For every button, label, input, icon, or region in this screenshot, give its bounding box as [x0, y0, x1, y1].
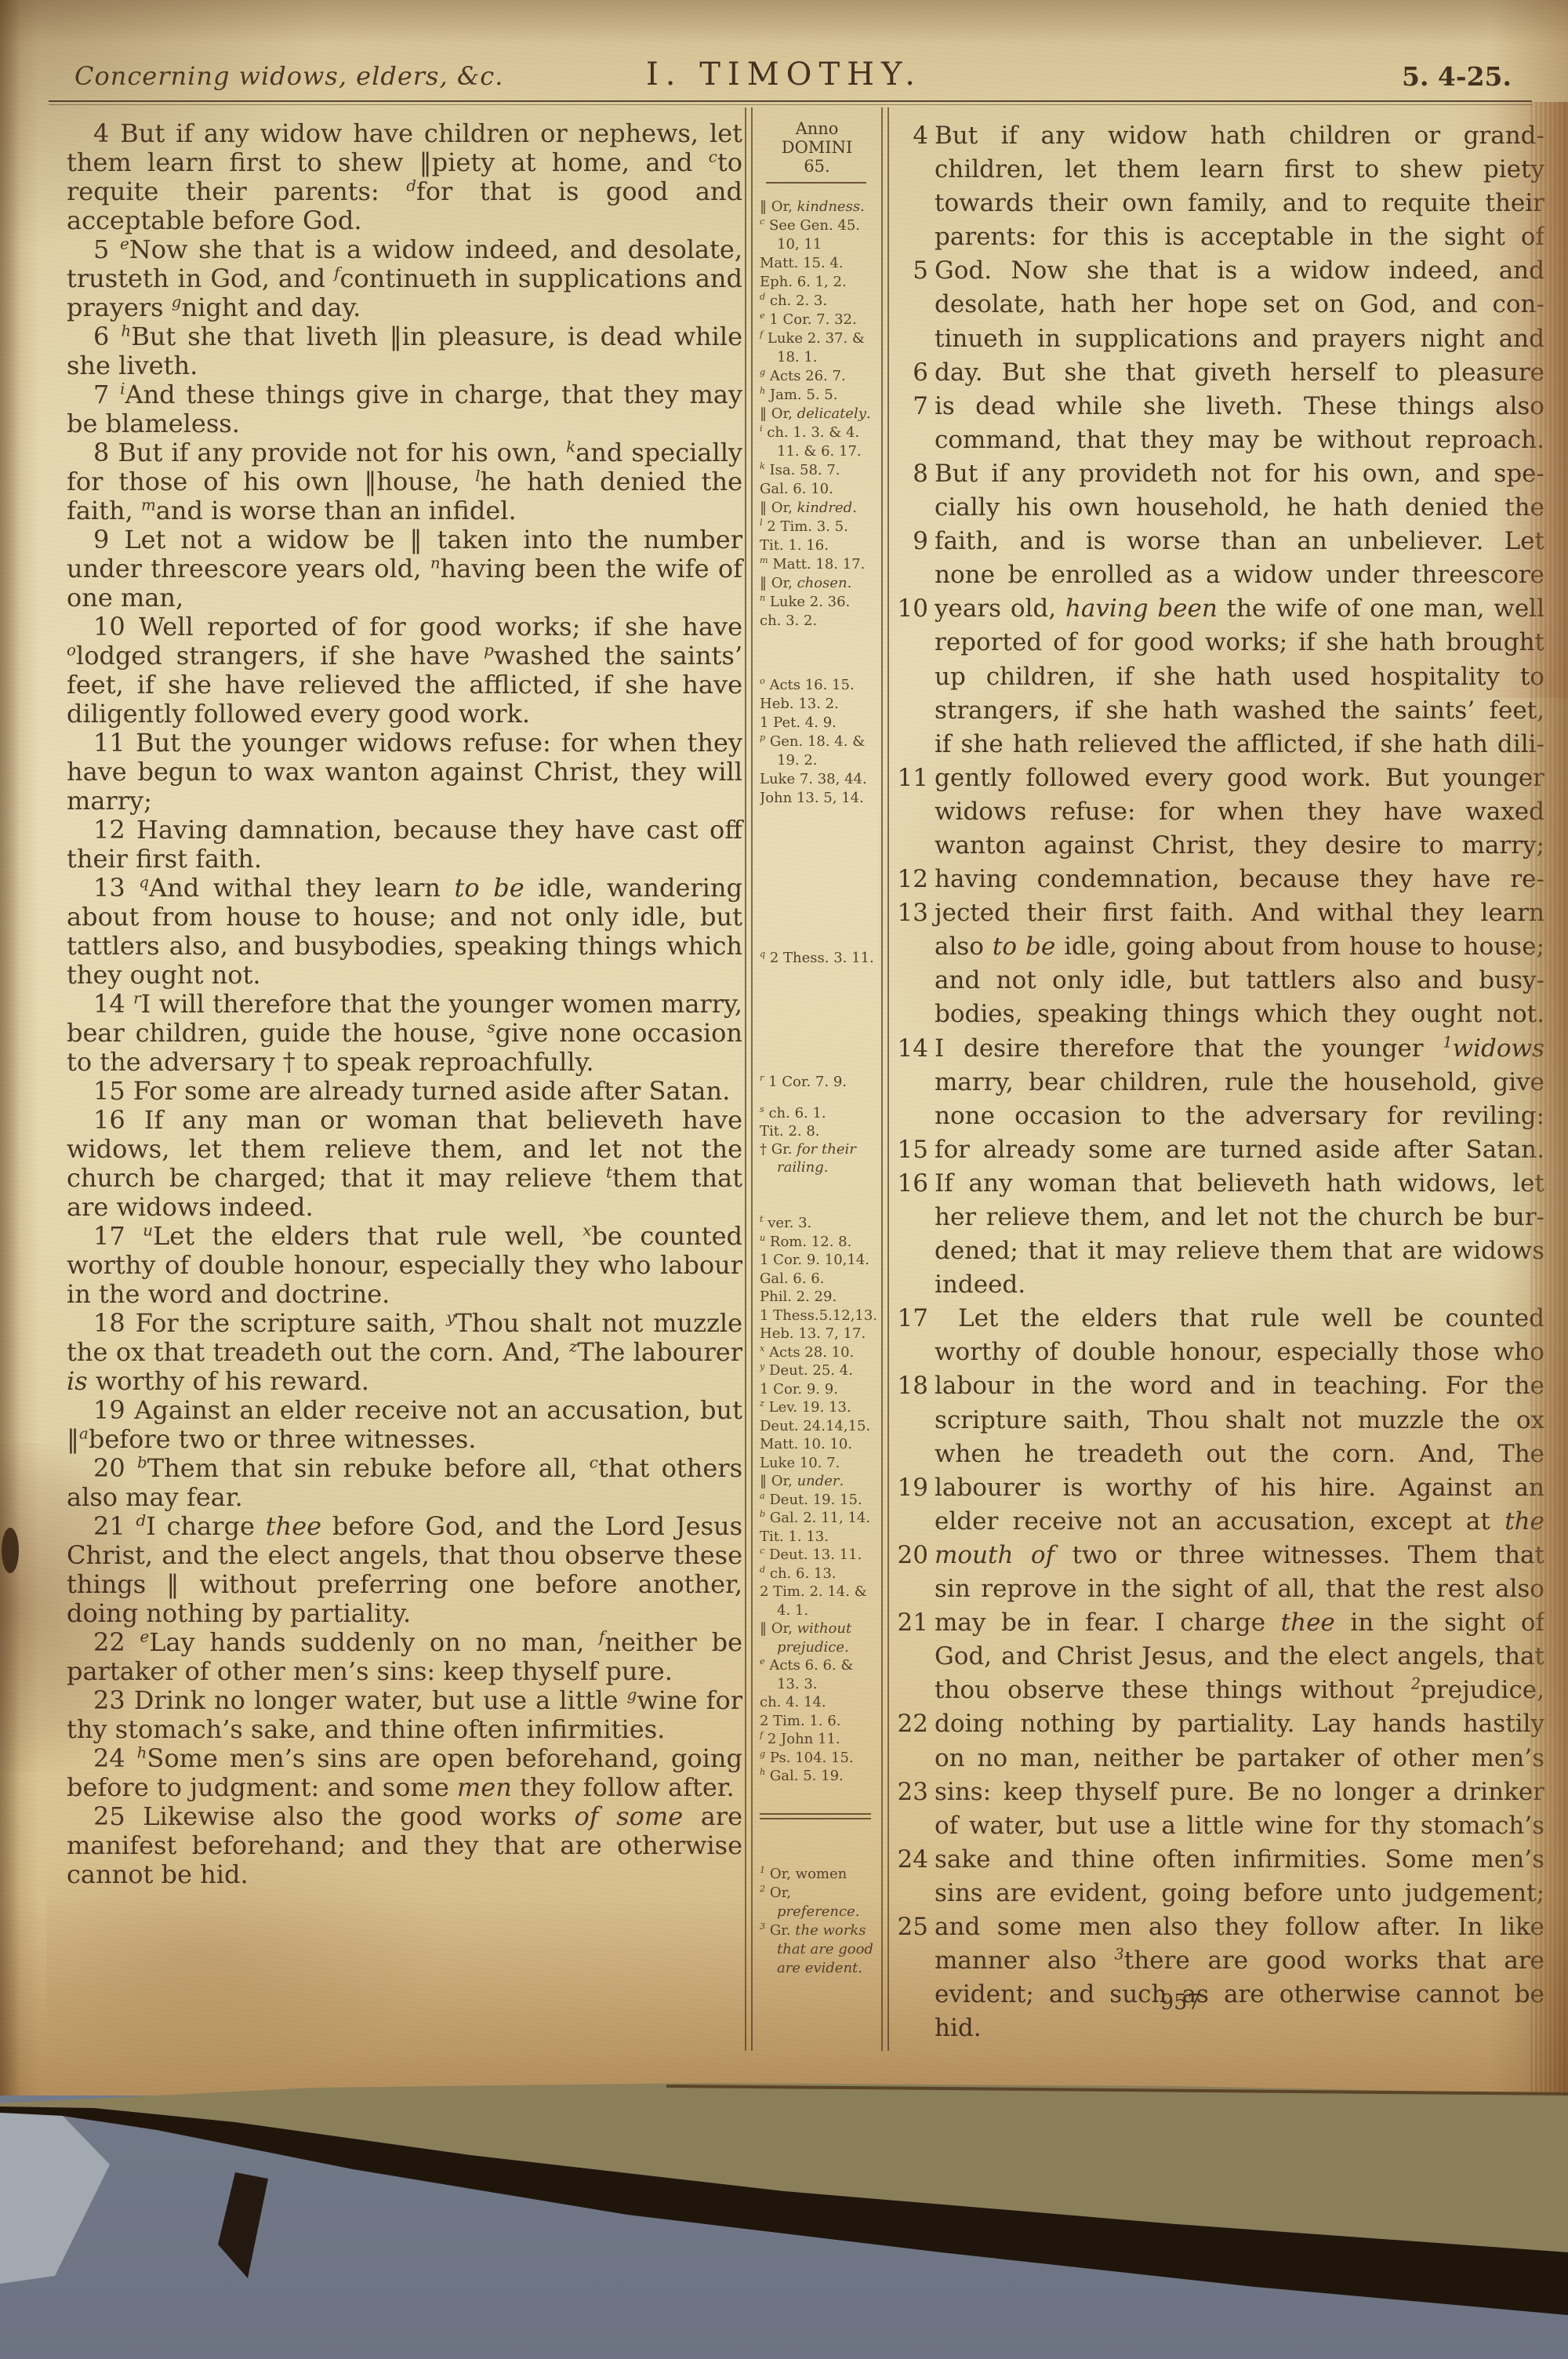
margin-note-line: ch. 4. 14. — [760, 1693, 876, 1712]
rv-line-text: labourer is worthy of his hire. Against … — [935, 1471, 1544, 1505]
page-edge-left — [0, 0, 20, 2095]
verse-number — [895, 558, 935, 592]
rv-line-text: evident; and such as are otherwise canno… — [935, 1978, 1544, 2012]
verse-number — [895, 964, 935, 998]
anno-rule — [766, 182, 866, 184]
kjv-verse: 15 For some are already turned aside aft… — [67, 1077, 742, 1106]
verse-number — [895, 1234, 935, 1268]
rv-line-text: none be enrolled as a widow under threes… — [935, 558, 1544, 592]
verse-number: 10 — [93, 612, 125, 642]
verse-number: 9 — [93, 525, 109, 554]
margin-note-line: Luke 10. 7. — [760, 1454, 876, 1473]
rv-line-text: none occasion to the adversary for revil… — [935, 1100, 1544, 1133]
verse-number: 9 — [895, 525, 935, 558]
rv-line: 21may be in fear. I charge thee in the s… — [895, 1606, 1544, 1640]
margin-note-line: e 1 Cor. 7. 32. — [760, 311, 876, 329]
verse-number: 21 — [93, 1511, 125, 1541]
margin-note-line: 2 Tim. 1. 6. — [760, 1712, 876, 1731]
book-page: Concerning widows, elders, &c. I. TIMOTH… — [0, 0, 1568, 2095]
margin-note-line: n Luke 2. 36. — [760, 593, 876, 612]
rv-line-text: But if any provideth not for his own, an… — [935, 457, 1544, 491]
margin-note-line: 1 Cor. 9. 10,14. — [760, 1251, 876, 1270]
rv-line-text: wanton against Christ, they desire to ma… — [935, 829, 1544, 863]
verse-number — [895, 1438, 935, 1471]
margin-note-group: r 1 Cor. 7. 9. — [760, 1073, 876, 1092]
rv-line-text: parents: for this is acceptable in the s… — [935, 220, 1544, 254]
margin-note-line: k Isa. 58. 7. — [760, 461, 876, 480]
rv-line-text: for already some are turned aside after … — [935, 1133, 1544, 1167]
rv-line: bodies, speaking things which they ought… — [895, 998, 1544, 1031]
rv-line: 10years old, having been the wife of one… — [895, 592, 1544, 626]
rv-line: command, that they may be without reproa… — [895, 423, 1544, 457]
kjv-verse: 20 bThem that sin rebuke before all, cth… — [67, 1454, 742, 1512]
rv-line: none be enrolled as a widow under threes… — [895, 558, 1544, 592]
margin-note-line: 11. & 6. 17. — [760, 442, 876, 461]
rv-line: marry, bear children, rule the household… — [895, 1066, 1544, 1100]
rv-line: 5God. Now she that is a widow indeed, an… — [895, 254, 1544, 288]
margin-note-line: ‖ Or, delicately. — [760, 405, 876, 423]
rv-line: 17Let the elders that rule well be count… — [895, 1302, 1544, 1336]
kjv-verse: 23 Drink no longer water, but use a litt… — [67, 1686, 742, 1744]
rv-line: of water, but use a little wine for thy … — [895, 1809, 1544, 1843]
rv-line-text: gently followed every good work. But you… — [935, 761, 1544, 795]
margin-note-line: 1 Or, women — [760, 1865, 876, 1884]
anno-line: Anno — [755, 119, 879, 138]
margin-note-line: Tit. 2. 8. — [760, 1122, 876, 1140]
margin-note-group: q 2 Thess. 3. 11. — [760, 949, 876, 968]
margin-note-line: i ch. 1. 3. & 4. — [760, 423, 876, 442]
margin-note-line: that are good — [760, 1940, 876, 1959]
verse-number: 16 — [93, 1105, 125, 1135]
verse-number — [895, 1877, 935, 1910]
verse-number: 23 — [895, 1776, 935, 1809]
verse-number — [895, 187, 935, 220]
margin-note-line: 1 Thess.5.12,13. — [760, 1307, 876, 1325]
rv-line-text: years old, having been the wife of one m… — [935, 592, 1544, 626]
margin-note-line: John 13. 5, 14. — [760, 789, 876, 808]
verse-number — [895, 1201, 935, 1234]
verse-number — [895, 728, 935, 761]
rv-line-text: If any woman that believeth hath widows,… — [935, 1167, 1544, 1201]
rv-line-text: worthy of double honour, especially thos… — [935, 1336, 1544, 1369]
rv-line-text: cially his own household, he hath denied… — [935, 491, 1544, 525]
rv-line-text: Let the elders that rule well be counted — [935, 1302, 1544, 1336]
kjv-verse: 6 hBut she that liveth ‖in pleasure, is … — [67, 322, 742, 380]
rv-line: 24sake and thine often infirmities. Some… — [895, 1843, 1544, 1877]
verse-number: 14 — [895, 1032, 935, 1066]
margin-note-group: s ch. 6. 1.Tit. 2. 8.† Gr. for theirrail… — [760, 1104, 876, 1176]
rv-line: strangers, if she hath washed the saints… — [895, 694, 1544, 728]
rv-line: worthy of double honour, especially thos… — [895, 1336, 1544, 1369]
margin-note-line: g Ps. 104. 15. — [760, 1749, 876, 1768]
table-left-wedge — [0, 2113, 110, 2284]
verse-number — [895, 930, 935, 964]
column-rule-right-inner — [881, 107, 883, 2051]
margin-note-line: Deut. 24.14,15. — [760, 1417, 876, 1436]
rv-line-text: is dead while she liveth. These things a… — [935, 390, 1544, 423]
margin-note-line: d ch. 2. 3. — [760, 292, 876, 311]
rv-line-text: on no man, neither be partaker of other … — [935, 1742, 1544, 1776]
verse-number: 19 — [93, 1395, 125, 1425]
verse-number: 22 — [93, 1627, 125, 1657]
margin-note-line: Tit. 1. 13. — [760, 1528, 876, 1547]
margin-note-line: r 1 Cor. 7. 9. — [760, 1073, 876, 1092]
margin-note-line: Heb. 13. 7, 17. — [760, 1325, 876, 1343]
margin-note-line: m Matt. 18. 17. — [760, 555, 876, 574]
verse-number: 18 — [93, 1308, 125, 1338]
margin-note-line: g Acts 26. 7. — [760, 367, 876, 386]
margin-note-line: x Acts 28. 10. — [760, 1343, 876, 1362]
margin-note-line: 13. 3. — [760, 1675, 876, 1694]
rv-line: widows refuse: for when they have waxed — [895, 795, 1544, 829]
margin-note-line: Gal. 6. 10. — [760, 480, 876, 499]
kjv-verse: 18 For the scripture saith, yThou shalt … — [67, 1309, 742, 1396]
rv-line: 14I desire therefore that the younger 1w… — [895, 1032, 1544, 1066]
margin-note-line: c See Gen. 45. — [760, 216, 876, 235]
margin-note-line: c Deut. 13. 11. — [760, 1546, 876, 1565]
rv-line: 8But if any provideth not for his own, a… — [895, 457, 1544, 491]
verse-number: 7 — [895, 390, 935, 423]
margin-note-line: preference. — [760, 1903, 876, 1921]
verse-number — [895, 153, 935, 187]
rv-line-text: strangers, if she hath washed the saints… — [935, 694, 1544, 728]
rv-line-text: when he treadeth out the corn. And, The — [935, 1438, 1544, 1471]
kjv-verse: 7 iAnd these things give in charge, that… — [67, 380, 742, 438]
rv-line-text: bodies, speaking things which they ought… — [935, 998, 1544, 1031]
kjv-verse: 5 eNow she that is a widow indeed, and d… — [67, 235, 742, 322]
verse-number — [895, 1944, 935, 1978]
margin-note-line: prejudice. — [760, 1638, 876, 1657]
rv-line: wanton against Christ, they desire to ma… — [895, 829, 1544, 863]
verse-number — [895, 423, 935, 457]
verse-number — [895, 1674, 935, 1707]
margin-note-line: l 2 Tim. 3. 5. — [760, 518, 876, 536]
margin-note-line: 19. 2. — [760, 751, 876, 770]
verse-number — [895, 1809, 935, 1843]
verse-number: 25 — [895, 1910, 935, 1944]
verse-number: 18 — [895, 1369, 935, 1403]
margin-note-line: † Gr. for their — [760, 1140, 876, 1158]
kjv-verse: 4 But if any widow have children or neph… — [67, 119, 742, 235]
margin-note-line: 4. 1. — [760, 1601, 876, 1620]
margin-note-line: y Deut. 25. 4. — [760, 1361, 876, 1380]
verse-number: 12 — [895, 863, 935, 896]
kjv-verse: 16 If any man or woman that believeth ha… — [67, 1106, 742, 1222]
verse-number: 20 — [93, 1453, 125, 1483]
verse-number: 24 — [895, 1843, 935, 1877]
rv-line-text: children, let them learn first to shew p… — [935, 153, 1544, 187]
margin-note-line: ‖ Or, under. — [760, 1472, 876, 1491]
kjv-verse: 8 But if any provide not for his own, ka… — [67, 438, 742, 525]
rv-line: 18labour in the word and in teaching. Fo… — [895, 1369, 1544, 1403]
rv-line: 23sins: keep thyself pure. Be no longer … — [895, 1776, 1544, 1809]
rv-line-text: also to be idle, going about from house … — [935, 930, 1544, 964]
rv-line-text: labour in the word and in teaching. For … — [935, 1369, 1544, 1403]
verse-number: 4 — [895, 119, 935, 153]
rv-line: also to be idle, going about from house … — [895, 930, 1544, 964]
rv-line-text: sins are evident, going before unto judg… — [935, 1877, 1544, 1910]
rv-line-text: may be in fear. I charge thee in the sig… — [935, 1606, 1544, 1640]
verse-number — [895, 1742, 935, 1776]
margin-note-line: f Luke 2. 37. & — [760, 329, 876, 348]
rv-line: none occasion to the adversary for revil… — [895, 1100, 1544, 1133]
margin-note-line: 3 Gr. the works — [760, 1921, 876, 1940]
kjv-column: 4 But if any widow have children or neph… — [67, 119, 742, 1889]
anno-domini-heading: Anno DOMINI 65. — [755, 119, 879, 176]
margin-note-line: u Rom. 12. 8. — [760, 1233, 876, 1252]
rv-line: scripture saith, Thou shalt not muzzle t… — [895, 1404, 1544, 1438]
verse-number: 8 — [93, 438, 109, 467]
rv-line: evident; and such as are otherwise canno… — [895, 1978, 1544, 2012]
rv-line: God, and Christ Jesus, and the elect ang… — [895, 1640, 1544, 1674]
verse-number: 11 — [895, 761, 935, 795]
rv-line: if she hath relieved the afflicted, if s… — [895, 728, 1544, 761]
rv-line-text: scripture saith, Thou shalt not muzzle t… — [935, 1404, 1544, 1438]
kjv-verse: 19 Against an elder receive not an accus… — [67, 1396, 742, 1454]
verse-number — [895, 660, 935, 694]
verse-number — [895, 1066, 935, 1100]
rv-line-text: having condemnation, because they have r… — [935, 863, 1544, 896]
column-rule-right-outer — [887, 107, 889, 2051]
verse-number — [895, 694, 935, 728]
margin-note-line: s ch. 6. 1. — [760, 1104, 876, 1122]
verse-number: 6 — [895, 356, 935, 390]
verse-number: 13 — [93, 873, 125, 903]
rv-line: 9faith, and is worse than an unbeliever.… — [895, 525, 1544, 558]
verse-number: 11 — [93, 728, 125, 758]
kjv-verse: 10 Well reported of for good works; if s… — [67, 612, 742, 729]
margin-note-line: z Lev. 19. 13. — [760, 1398, 876, 1417]
margin-note-line: o Acts 16. 15. — [760, 676, 876, 695]
rv-line: her relieve them, and let not the church… — [895, 1201, 1544, 1234]
rv-line: sins are evident, going before unto judg… — [895, 1877, 1544, 1910]
rv-line-text: towards their own family, and to requite… — [935, 187, 1544, 220]
rv-line: when he treadeth out the corn. And, The — [895, 1438, 1544, 1471]
rv-line: 22doing nothing by partiality. Lay hands… — [895, 1707, 1544, 1741]
verse-number: 7 — [93, 380, 109, 409]
verse-number: 15 — [895, 1133, 935, 1167]
anno-line: 65. — [755, 157, 879, 176]
margin-note-line: a Deut. 19. 15. — [760, 1491, 876, 1510]
margin-note-line: h Gal. 5. 19. — [760, 1767, 876, 1786]
verse-number — [895, 626, 935, 660]
margin-note-group: o Acts 16. 15.Heb. 13. 2.1 Pet. 4. 9.p G… — [760, 676, 876, 808]
verse-number — [895, 288, 935, 322]
margin-note-line: f 2 John 11. — [760, 1730, 876, 1749]
verse-number — [895, 220, 935, 254]
kjv-verse: 21 dI charge thee before God, and the Lo… — [67, 1512, 742, 1628]
margin-note-line: p Gen. 18. 4. & — [760, 732, 876, 751]
margin-reference-column: Anno DOMINI 65. ‖ Or, kindness.c See Gen… — [755, 0, 879, 2051]
rv-line: 13jected their first faith. And withal t… — [895, 896, 1544, 930]
verse-number — [895, 1640, 935, 1674]
rv-line: dened; that it may relieve them that are… — [895, 1234, 1544, 1268]
book-edge-dark-band — [0, 2106, 1568, 2315]
rv-line-text: God, and Christ Jesus, and the elect ang… — [935, 1640, 1544, 1674]
rv-line-text: But if any widow hath children or grand- — [935, 119, 1544, 153]
rv-line: on no man, neither be partaker of other … — [895, 1742, 1544, 1776]
rv-line-text: widows refuse: for when they have waxed — [935, 795, 1544, 829]
margin-note-line: are evident. — [760, 1959, 876, 1978]
rv-line: tinueth in supplications and prayers nig… — [895, 322, 1544, 356]
margin-note-line: Matt. 10. 10. — [760, 1435, 876, 1454]
kjv-verse: 22 eLay hands suddenly on no man, fneith… — [67, 1628, 742, 1686]
rv-line-text: dened; that it may relieve them that are… — [935, 1234, 1544, 1268]
rv-line-text: God. Now she that is a widow indeed, and — [935, 254, 1544, 288]
rv-line: 12having condemnation, because they have… — [895, 863, 1544, 896]
rv-line: 4But if any widow hath children or grand… — [895, 119, 1544, 153]
margin-note-line: railing. — [760, 1158, 876, 1176]
rv-line-text: sin reprove in the sight of all, that th… — [935, 1572, 1544, 1606]
margin-note-line: Phil. 2. 29. — [760, 1288, 876, 1307]
margin-note-line: d ch. 6. 13. — [760, 1565, 876, 1583]
rv-line-text: manner also 3there are good works that a… — [935, 1944, 1544, 1978]
margin-note-line: ‖ Or, chosen. — [760, 574, 876, 593]
rv-line: elder receive not an accusation, except … — [895, 1505, 1544, 1539]
verse-number — [895, 998, 935, 1031]
rv-line: thou observe these things without 2preju… — [895, 1674, 1544, 1707]
margin-note-line: Matt. 15. 4. — [760, 254, 876, 273]
verse-number: 5 — [93, 234, 109, 264]
rv-line: desolate, hath her hope set on God, and … — [895, 288, 1544, 322]
margin-note-line: Luke 7. 38, 44. — [760, 770, 876, 789]
rv-line-text: sins: keep thyself pure. Be no longer a … — [935, 1776, 1544, 1809]
column-rule-left-inner — [751, 107, 753, 2051]
rv-line-text: reported of for good works; if she hath … — [935, 626, 1544, 660]
kjv-verse: 13 qAnd withal they learn to be idle, wa… — [67, 874, 742, 990]
verse-number — [895, 1978, 935, 2012]
kjv-verse: 25 Likewise also the good works of some … — [67, 1802, 742, 1889]
margin-section-rule — [760, 1813, 871, 1823]
kjv-verse: 11 But the younger widows refuse: for wh… — [67, 729, 742, 816]
verse-number: 22 — [895, 1707, 935, 1741]
kjv-verse: 12 Having damnation, because they have c… — [67, 816, 742, 874]
verse-number: 21 — [895, 1606, 935, 1640]
rv-line-text: doing nothing by partiality. Lay hands h… — [935, 1707, 1544, 1741]
page-edge-speck — [2, 1528, 19, 1573]
verse-number: 15 — [93, 1076, 125, 1106]
rv-line: 25and some men also they follow after. I… — [895, 1910, 1544, 1944]
rv-line-text: hid. — [935, 2012, 1544, 2045]
margin-note-line: 1 Pet. 4. 9. — [760, 714, 876, 732]
verse-number — [895, 1505, 935, 1539]
rv-line-text: jected their first faith. And withal the… — [935, 896, 1544, 930]
margin-note-line: 18. 1. — [760, 348, 876, 367]
rv-line-text: tinueth in supplications and prayers nig… — [935, 322, 1544, 356]
anno-line: DOMINI — [755, 138, 879, 157]
verse-number: 12 — [93, 815, 125, 845]
verse-number — [895, 1100, 935, 1133]
rv-column: 4But if any widow hath children or grand… — [895, 119, 1544, 2045]
margin-note-group: t ver. 3.u Rom. 12. 8.1 Cor. 9. 10,14.Ga… — [760, 1214, 876, 1786]
verse-number: 14 — [93, 989, 125, 1019]
rv-line: 16If any woman that believeth hath widow… — [895, 1167, 1544, 1201]
verse-number: 16 — [895, 1167, 935, 1201]
margin-note-line: Tit. 1. 16. — [760, 536, 876, 555]
margin-note-group: 1 Or, women2 Or,preference.3 Gr. the wor… — [760, 1865, 876, 1978]
verse-number: 13 — [895, 896, 935, 930]
rv-line-text: mouth of two or three witnesses. Them th… — [935, 1539, 1544, 1572]
kjv-verse: 24 hSome men’s sins are open beforehand,… — [67, 1744, 742, 1802]
verse-number: 23 — [93, 1685, 125, 1715]
verse-number: 6 — [93, 322, 109, 351]
margin-note-line: e Acts 6. 6. & — [760, 1656, 876, 1675]
verse-number — [895, 1268, 935, 1302]
rv-line: 15for already some are turned aside afte… — [895, 1133, 1544, 1167]
margin-note-group: ‖ Or, kindness.c See Gen. 45.10, 11Matt.… — [760, 198, 876, 631]
margin-note-line: ‖ Or, kindred. — [760, 499, 876, 518]
verse-number: 8 — [895, 457, 935, 491]
margin-note-line: ch. 3. 2. — [760, 612, 876, 631]
rv-line-text: her relieve them, and let not the church… — [935, 1201, 1544, 1234]
verse-number: 19 — [895, 1471, 935, 1505]
rv-line-text: desolate, hath her hope set on God, and … — [935, 288, 1544, 322]
rv-line-text: of water, but use a little wine for thy … — [935, 1809, 1544, 1843]
margin-note-line: 2 Or, — [760, 1884, 876, 1903]
rv-line-text: I desire therefore that the younger 1wid… — [935, 1032, 1544, 1066]
verse-number: 4 — [93, 118, 109, 148]
verse-number — [895, 1404, 935, 1438]
margin-note-line: Eph. 6. 1, 2. — [760, 273, 876, 292]
rv-line-text: and not only idle, but tattlers also and… — [935, 964, 1544, 998]
column-rule-left-outer — [745, 107, 746, 2051]
rv-line-text: marry, bear children, rule the household… — [935, 1066, 1544, 1100]
rv-line-text: command, that they may be without reproa… — [935, 423, 1544, 457]
rv-line-text: indeed. — [935, 1268, 1544, 1302]
verse-number: 20 — [895, 1539, 935, 1572]
rv-line: towards their own family, and to requite… — [895, 187, 1544, 220]
rv-line: parents: for this is acceptable in the s… — [895, 220, 1544, 254]
rv-line-text: if she hath relieved the afflicted, if s… — [935, 728, 1544, 761]
margin-note-line: ‖ Or, kindness. — [760, 198, 876, 216]
verse-number: 24 — [93, 1743, 125, 1773]
verse-number — [895, 491, 935, 525]
rv-line-text: and some men also they follow after. In … — [935, 1910, 1544, 1944]
rv-line: cially his own household, he hath denied… — [895, 491, 1544, 525]
verse-number — [895, 322, 935, 356]
margin-note-line: Heb. 13. 2. — [760, 695, 876, 714]
cover-flap — [218, 2172, 268, 2278]
kjv-verse: 9 Let not a widow be ‖ taken into the nu… — [67, 525, 742, 612]
rv-line-text: up children, if she hath used hospitalit… — [935, 660, 1544, 694]
rv-line-text: day. But she that giveth herself to plea… — [935, 356, 1544, 390]
rv-line: up children, if she hath used hospitalit… — [895, 660, 1544, 694]
margin-note-line: Gal. 6. 6. — [760, 1270, 876, 1289]
verse-number: 17 — [895, 1302, 935, 1336]
book-edge-olive-band — [0, 2083, 1568, 2252]
running-head-chapter-range: 5. 4-25. — [1402, 61, 1512, 92]
rv-line: children, let them learn first to shew p… — [895, 153, 1544, 187]
rv-line: indeed. — [895, 1268, 1544, 1302]
rv-line-text: faith, and is worse than an unbeliever. … — [935, 525, 1544, 558]
margin-note-line: ‖ Or, without — [760, 1619, 876, 1638]
verse-number: 10 — [895, 592, 935, 626]
margin-note-line: b Gal. 2. 11, 14. — [760, 1509, 876, 1528]
rv-line: sin reprove in the sight of all, that th… — [895, 1572, 1544, 1606]
margin-note-line: 2 Tim. 2. 14. & — [760, 1583, 876, 1601]
margin-note-line: q 2 Thess. 3. 11. — [760, 949, 876, 968]
margin-note-line: 1 Cor. 9. 9. — [760, 1380, 876, 1399]
rv-line: 7is dead while she liveth. These things … — [895, 390, 1544, 423]
margin-note-line: 10, 11 — [760, 235, 876, 254]
rv-line: 20mouth of two or three witnesses. Them … — [895, 1539, 1544, 1572]
rv-line-text: sake and thine often infirmities. Some m… — [935, 1843, 1544, 1877]
verse-number: 17 — [93, 1221, 125, 1251]
verse-number — [895, 2012, 935, 2045]
verse-number — [895, 795, 935, 829]
rv-line: and not only idle, but tattlers also and… — [895, 964, 1544, 998]
rv-line: 19labourer is worthy of his hire. Agains… — [895, 1471, 1544, 1505]
